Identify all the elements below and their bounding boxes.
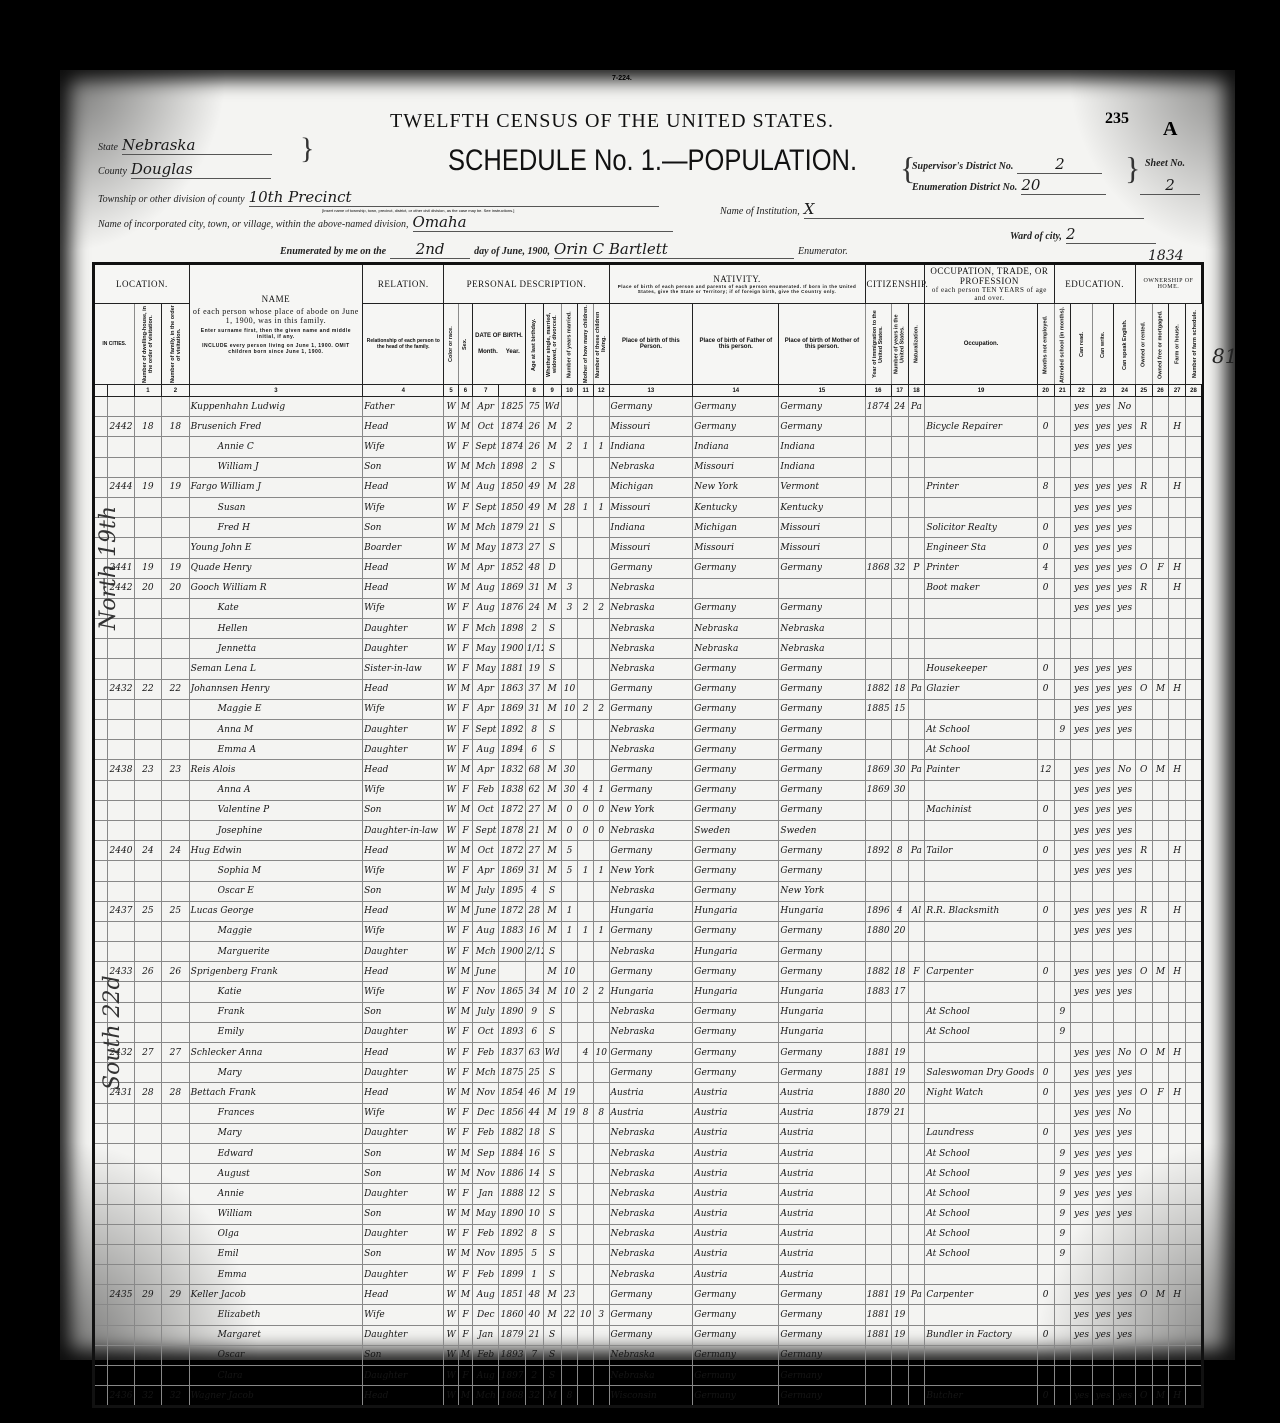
cell-marital-status: M	[543, 820, 561, 840]
cell-dwelling-number	[134, 921, 162, 941]
cell-age: 37	[525, 679, 543, 699]
cell-farm-schedule	[1186, 1083, 1203, 1103]
cell-free-mortgaged	[1152, 1366, 1169, 1386]
cell-years-married: 10	[561, 679, 578, 699]
cell-birth-year: 1854	[499, 1083, 525, 1103]
state-label: State	[98, 142, 118, 153]
cell-mother-of: 1	[578, 921, 594, 941]
cell-birthplace-father: Germany	[693, 1386, 779, 1407]
cell-person-name: Frances	[189, 1103, 362, 1123]
cell-birth-month: Apr	[473, 760, 499, 780]
cell-free-mortgaged	[1152, 699, 1169, 719]
cell-immigration-year	[865, 1204, 891, 1224]
cell-years-married	[561, 558, 578, 578]
cell-free-mortgaged: M	[1152, 1386, 1169, 1407]
cell-house-number	[108, 780, 134, 800]
cell-mother-of	[578, 1143, 594, 1163]
cell-years-married: 28	[561, 497, 578, 517]
cell-birthplace-person: Nebraska	[609, 598, 693, 618]
cell-school-months	[1054, 1265, 1071, 1285]
cell-years-married: 8	[561, 1386, 578, 1407]
cell-speaks-english: yes	[1114, 901, 1136, 921]
cell-birthplace-mother: Germany	[779, 740, 865, 760]
cell-dwelling-number	[134, 800, 162, 820]
cell-children-living: 2	[593, 598, 609, 618]
group-citizenship: CITIZENSHIP.	[865, 264, 925, 304]
cell-birthplace-person: Austria	[609, 1103, 693, 1123]
cell-immigration-year	[865, 1002, 891, 1022]
column-number: 1	[134, 385, 162, 397]
cell-house-number	[108, 699, 134, 719]
cell-relation: Head	[363, 417, 444, 437]
cell-birth-year: 1883	[499, 921, 525, 941]
cell-birthplace-father: Germany	[693, 397, 779, 417]
cell-farm-house	[1169, 1143, 1186, 1163]
cell-farm-schedule	[1186, 1325, 1203, 1345]
sheet-label: Sheet No.	[1145, 158, 1185, 169]
enumerator-label: Enumerator.	[798, 246, 848, 257]
cell-school-months	[1054, 437, 1071, 457]
cell-naturalization	[908, 921, 925, 941]
cell-age: 2	[525, 619, 543, 639]
cell-family-number	[162, 1325, 190, 1345]
cell-marital-status: M	[543, 962, 561, 982]
cell-dwelling-number: 26	[134, 962, 162, 982]
cell-birthplace-person: Nebraska	[609, 1244, 693, 1264]
table-row: KateWifeWFAug187624M322NebraskaGermanyGe…	[94, 598, 1203, 618]
cell-family-number	[162, 1123, 190, 1143]
cell-immigration-year	[865, 1345, 891, 1365]
cell-farm-house: H	[1169, 578, 1186, 598]
cell-family-number	[162, 740, 190, 760]
table-row: Anna MDaughterWFSept18928SNebraskaGerman…	[94, 720, 1203, 740]
cell-occupation	[925, 397, 1037, 417]
cell-can-read	[1071, 619, 1093, 639]
cell-age: 31	[525, 861, 543, 881]
cell-sex: F	[458, 437, 472, 457]
cell-owned-rented	[1135, 1305, 1152, 1325]
cell-birthplace-father: Germany	[693, 659, 779, 679]
name-note2: INCLUDE every person living on June 1, 1…	[191, 343, 361, 355]
cell-relation: Head	[363, 1386, 444, 1407]
cell-sex: F	[458, 1224, 472, 1244]
cell-children-living	[593, 457, 609, 477]
cell-relation: Head	[363, 841, 444, 861]
cell-months-unemployed	[1037, 1204, 1054, 1224]
cell-free-mortgaged	[1152, 598, 1169, 618]
cell-family-number	[162, 1143, 190, 1163]
cell-person-name: August	[189, 1164, 362, 1184]
cell-owned-rented	[1135, 1022, 1152, 1042]
cell-naturalization	[908, 861, 925, 881]
cell-family-number	[162, 699, 190, 719]
cell-occupation	[925, 1043, 1037, 1063]
column-number: 15	[779, 385, 865, 397]
cell-birth-year: 1838	[499, 780, 525, 800]
cell-color: W	[444, 1184, 458, 1204]
cell-birth-month: Apr	[473, 397, 499, 417]
cell-birth-year: 1878	[499, 820, 525, 840]
cell-children-living: 10	[593, 1043, 609, 1063]
cell-naturalization: Pa	[908, 760, 925, 780]
cell-birthplace-father: Hungaria	[693, 982, 779, 1002]
cell-birth-month: Oct	[473, 800, 499, 820]
cell-birthplace-person: Germany	[609, 841, 693, 861]
cell-months-unemployed: 0	[1037, 1285, 1054, 1305]
table-row: 24422020Gooch William RHeadWMAug186931M3…	[94, 578, 1203, 598]
column-number: 17	[891, 385, 908, 397]
cell-age: 28	[525, 901, 543, 921]
cell-can-write: yes	[1092, 1184, 1114, 1204]
cell-mother-of	[578, 1224, 594, 1244]
cell-months-unemployed	[1037, 1366, 1054, 1386]
cell-free-mortgaged	[1152, 1123, 1169, 1143]
cell-months-unemployed	[1037, 1184, 1054, 1204]
col-years-married: Number of years married.	[561, 304, 578, 385]
cell-marital-status: D	[543, 558, 561, 578]
cell-years-in-us: 21	[891, 1103, 908, 1123]
cell-farm-schedule	[1186, 679, 1203, 699]
cell-house-number: 2442	[108, 417, 134, 437]
cell-years-in-us: 8	[891, 841, 908, 861]
cell-relation: Sister-in-law	[363, 659, 444, 679]
cell-school-months	[1054, 699, 1071, 719]
cell-can-read: yes	[1071, 800, 1093, 820]
cell-free-mortgaged	[1152, 982, 1169, 1002]
cell-years-in-us	[891, 659, 908, 679]
cell-marital-status: M	[543, 1103, 561, 1123]
cell-naturalization	[908, 1204, 925, 1224]
cell-children-living	[593, 1366, 609, 1386]
cell-dwelling-number	[134, 740, 162, 760]
cell-color: W	[444, 1022, 458, 1042]
cell-school-months: 9	[1054, 1244, 1071, 1264]
cell-marital-status: Wd	[543, 1043, 561, 1063]
cell-speaks-english: No	[1114, 1043, 1136, 1063]
cell-farm-house	[1169, 1022, 1186, 1042]
cell-years-married	[561, 740, 578, 760]
cell-naturalization	[908, 1022, 925, 1042]
cell-occupation	[925, 1265, 1037, 1285]
cell-birthplace-mother: Kentucky	[779, 497, 865, 517]
cell-street	[94, 477, 108, 497]
cell-color: W	[444, 780, 458, 800]
cell-birth-month: Nov	[473, 1244, 499, 1264]
cell-family-number	[162, 720, 190, 740]
cell-color: W	[444, 820, 458, 840]
cell-relation: Head	[363, 901, 444, 921]
cell-can-read	[1071, 942, 1093, 962]
cell-birth-year: 1894	[499, 740, 525, 760]
cell-occupation	[925, 1103, 1037, 1123]
cell-can-read: yes	[1071, 1325, 1093, 1345]
cell-speaks-english: yes	[1114, 1123, 1136, 1143]
table-row: Fred HSonWMMch187921SIndianaMichiganMiss…	[94, 518, 1203, 538]
cell-birthplace-person: Germany	[609, 558, 693, 578]
cell-children-living	[593, 1325, 609, 1345]
cell-birth-year: 1879	[499, 1325, 525, 1345]
cell-birth-month: June	[473, 901, 499, 921]
cell-house-number	[108, 1184, 134, 1204]
cell-farm-schedule	[1186, 962, 1203, 982]
cell-years-in-us: 19	[891, 1305, 908, 1325]
cell-birthplace-person: Indiana	[609, 518, 693, 538]
cell-naturalization	[908, 639, 925, 659]
cell-naturalization: F	[908, 962, 925, 982]
cell-color: W	[444, 1103, 458, 1123]
cell-house-number: 2438	[108, 760, 134, 780]
cell-free-mortgaged	[1152, 1265, 1169, 1285]
cell-house-number	[108, 740, 134, 760]
cell-immigration-year	[865, 619, 891, 639]
cell-can-read: yes	[1071, 477, 1093, 497]
cell-family-number	[162, 1002, 190, 1022]
cell-naturalization	[908, 1366, 925, 1386]
cell-birth-year: 1900	[499, 639, 525, 659]
cell-occupation: Butcher	[925, 1386, 1037, 1407]
cell-can-write: yes	[1092, 1285, 1114, 1305]
group-education: EDUCATION.	[1054, 264, 1135, 304]
cell-children-living	[593, 962, 609, 982]
cell-immigration-year: 1880	[865, 1083, 891, 1103]
cell-birthplace-father: Germany	[693, 962, 779, 982]
cell-children-living: 1	[593, 921, 609, 941]
cell-school-months	[1054, 538, 1071, 558]
cell-family-number: 32	[162, 1386, 190, 1407]
cell-years-in-us: 20	[891, 1083, 908, 1103]
cell-sex: M	[458, 1143, 472, 1163]
cell-family-number	[162, 538, 190, 558]
col-immigration: Year of immigration to the United States…	[865, 304, 891, 385]
cell-age: 48	[525, 1285, 543, 1305]
table-row: EmilyDaughterWFOct18936SNebraskaGermanyH…	[94, 1022, 1203, 1042]
cell-school-months	[1054, 1345, 1071, 1365]
cell-mother-of	[578, 639, 594, 659]
cell-naturalization	[908, 740, 925, 760]
cell-marital-status: S	[543, 881, 561, 901]
cell-months-unemployed: 0	[1037, 1325, 1054, 1345]
cell-color: W	[444, 962, 458, 982]
cell-family-number	[162, 1224, 190, 1244]
col-months-unemployed: Months not employed.	[1037, 304, 1054, 385]
cell-birthplace-mother: Germany	[779, 1305, 865, 1325]
ward-field: Ward of city, 2	[1010, 225, 1156, 244]
cell-months-unemployed: 0	[1037, 1386, 1054, 1407]
cell-years-in-us	[891, 598, 908, 618]
cell-farm-schedule	[1186, 841, 1203, 861]
cell-can-read: yes	[1071, 760, 1093, 780]
cell-free-mortgaged	[1152, 780, 1169, 800]
cell-years-married	[561, 1366, 578, 1386]
cell-sex: M	[458, 558, 472, 578]
cell-years-married	[561, 1022, 578, 1042]
cell-sex: F	[458, 1043, 472, 1063]
cell-birth-year: 1873	[499, 538, 525, 558]
cell-occupation	[925, 1305, 1037, 1325]
cell-years-in-us	[891, 1224, 908, 1244]
cell-school-months	[1054, 639, 1071, 659]
cell-mother-of	[578, 538, 594, 558]
cell-dwelling-number	[134, 780, 162, 800]
cell-house-number	[108, 820, 134, 840]
cell-marital-status: S	[543, 1366, 561, 1386]
cell-can-read	[1071, 1366, 1093, 1386]
cell-marital-status: S	[543, 538, 561, 558]
cell-birthplace-person: Hungaria	[609, 901, 693, 921]
cell-years-in-us	[891, 1366, 908, 1386]
cell-speaks-english: yes	[1114, 1164, 1136, 1184]
cell-naturalization	[908, 881, 925, 901]
cell-age: 2	[525, 457, 543, 477]
table-row: WilliamSonWMMay189010SNebraskaAustriaAus…	[94, 1204, 1203, 1224]
cell-marital-status: S	[543, 457, 561, 477]
cell-sex: F	[458, 820, 472, 840]
cell-color: W	[444, 1123, 458, 1143]
cell-color: W	[444, 800, 458, 820]
cell-color: W	[444, 881, 458, 901]
cell-can-read: yes	[1071, 921, 1093, 941]
cell-birth-year: 1860	[499, 1305, 525, 1325]
cell-can-read: yes	[1071, 1103, 1093, 1123]
cell-birthplace-person: Nebraska	[609, 1204, 693, 1224]
cell-birth-month: Aug	[473, 1366, 499, 1386]
cell-mother-of	[578, 679, 594, 699]
col-dwelling: Number of dwelling-house, in the order o…	[134, 304, 162, 385]
cell-birth-month: July	[473, 1002, 499, 1022]
cell-free-mortgaged	[1152, 1022, 1169, 1042]
cell-birthplace-father: Hungaria	[693, 901, 779, 921]
cell-owned-rented	[1135, 1325, 1152, 1345]
cell-years-married	[561, 1224, 578, 1244]
table-row: 24352929Keller JacobHeadWMAug185148M23Ge…	[94, 1285, 1203, 1305]
page-number: 235	[1105, 110, 1129, 128]
cell-farm-house	[1169, 659, 1186, 679]
cell-can-write: yes	[1092, 861, 1114, 881]
cell-house-number	[108, 861, 134, 881]
cell-birth-year: 1893	[499, 1022, 525, 1042]
census-title: TWELFTH CENSUS OF THE UNITED STATES.	[390, 110, 834, 133]
cell-mother-of	[578, 1063, 594, 1083]
cell-person-name: Kate	[189, 598, 362, 618]
cell-years-married	[561, 1265, 578, 1285]
cell-person-name: Schlecker Anna	[189, 1043, 362, 1063]
cell-dwelling-number	[134, 861, 162, 881]
cell-birthplace-person: Germany	[609, 921, 693, 941]
cell-relation: Head	[363, 578, 444, 598]
cell-speaks-english: yes	[1114, 699, 1136, 719]
cell-free-mortgaged	[1152, 1103, 1169, 1123]
cell-owned-rented	[1135, 1366, 1152, 1386]
cell-farm-house	[1169, 1002, 1186, 1022]
cell-birthplace-person: Germany	[609, 699, 693, 719]
cell-years-in-us: 30	[891, 760, 908, 780]
cell-sex: F	[458, 1063, 472, 1083]
cell-free-mortgaged	[1152, 921, 1169, 941]
cell-free-mortgaged	[1152, 861, 1169, 881]
cell-birthplace-person: Nebraska	[609, 820, 693, 840]
cell-children-living	[593, 760, 609, 780]
col-owned: Owned or rented.	[1135, 304, 1152, 385]
table-row: KatieWifeWFNov186534M1022HungariaHungari…	[94, 982, 1203, 1002]
cell-age: 6	[525, 740, 543, 760]
institution-field: Name of Institution, X	[720, 200, 1144, 219]
cell-birthplace-mother: Germany	[779, 679, 865, 699]
cell-can-read	[1071, 1002, 1093, 1022]
cell-birthplace-father: Austria	[693, 1224, 779, 1244]
cell-birth-year: 1865	[499, 982, 525, 1002]
name-desc: of each person whose place of abode on J…	[191, 307, 361, 325]
cell-house-number: 2444	[108, 477, 134, 497]
cell-free-mortgaged	[1152, 659, 1169, 679]
cell-speaks-english	[1114, 639, 1136, 659]
cell-house-number	[108, 1143, 134, 1163]
enumeration-label: Enumeration District No.	[912, 182, 1017, 193]
cell-relation: Boarder	[363, 538, 444, 558]
cell-naturalization	[908, 518, 925, 538]
cell-age: 1	[525, 1265, 543, 1285]
cell-birthplace-father	[693, 578, 779, 598]
cell-family-number	[162, 598, 190, 618]
col-mother-of: Mother of how many children.	[578, 304, 594, 385]
cell-can-write: yes	[1092, 760, 1114, 780]
cell-occupation	[925, 861, 1037, 881]
sheet-value: 2	[1140, 176, 1200, 195]
cell-years-in-us	[891, 639, 908, 659]
table-row: 24322727Schlecker AnnaHeadWFFeb183763Wd4…	[94, 1043, 1203, 1063]
cell-naturalization	[908, 780, 925, 800]
cell-birth-year: 1850	[499, 477, 525, 497]
cell-farm-schedule	[1186, 1143, 1203, 1163]
cell-sex: M	[458, 1244, 472, 1264]
cell-school-months	[1054, 962, 1071, 982]
cell-can-write: yes	[1092, 437, 1114, 457]
cell-months-unemployed	[1037, 1143, 1054, 1163]
cell-birthplace-person: Nebraska	[609, 881, 693, 901]
cell-relation: Son	[363, 1164, 444, 1184]
cell-years-married: 30	[561, 760, 578, 780]
cell-months-unemployed	[1037, 397, 1054, 417]
cell-birthplace-person: New York	[609, 800, 693, 820]
cell-color: W	[444, 1043, 458, 1063]
cell-birthplace-person: Nebraska	[609, 457, 693, 477]
cell-age: 6	[525, 1022, 543, 1042]
cell-naturalization	[908, 1265, 925, 1285]
cell-immigration-year: 1874	[865, 397, 891, 417]
cell-owned-rented	[1135, 740, 1152, 760]
cell-free-mortgaged	[1152, 740, 1169, 760]
cell-speaks-english: No	[1114, 397, 1136, 417]
cell-marital-status: S	[543, 1063, 561, 1083]
cell-years-married: 28	[561, 477, 578, 497]
cell-can-read: yes	[1071, 1386, 1093, 1407]
cell-dwelling-number	[134, 982, 162, 1002]
cell-can-read: yes	[1071, 1305, 1093, 1325]
cell-relation: Head	[363, 477, 444, 497]
cell-free-mortgaged: F	[1152, 1083, 1169, 1103]
cell-speaks-english	[1114, 1002, 1136, 1022]
cell-birth-year: 1899	[499, 1265, 525, 1285]
cell-dwelling-number	[134, 1022, 162, 1042]
cell-farm-schedule	[1186, 820, 1203, 840]
cell-farm-house: H	[1169, 901, 1186, 921]
cell-birth-year: 1888	[499, 1184, 525, 1204]
cell-years-married: 23	[561, 1285, 578, 1305]
cell-color: W	[444, 1204, 458, 1224]
cell-birth-month: Aug	[473, 740, 499, 760]
cell-owned-rented: O	[1135, 679, 1152, 699]
cell-person-name: Emma	[189, 1265, 362, 1285]
cell-years-in-us	[891, 497, 908, 517]
